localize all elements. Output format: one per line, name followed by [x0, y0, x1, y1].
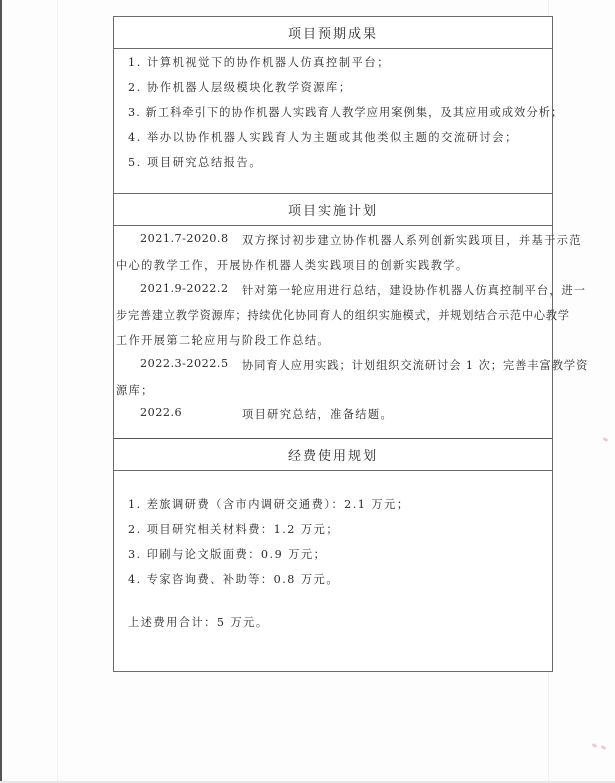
stamp-residue-mark [601, 745, 607, 750]
budget-item: 3. 印刷与论文版面费：0.9 万元； [128, 546, 326, 562]
plan-section-body: 2021.7-2020.8 双方探讨初步建立协作机器人系列创新实践项目，并基于示… [114, 226, 552, 438]
outcome-item: 2. 协作机器人层级模块化教学资源库； [128, 79, 352, 95]
plan-text: 协同育人应用实践；计划组织交流研讨会 1 次；完善丰富教学资 [242, 357, 588, 373]
outcome-item: 3. 新工科牵引下的协作机器人实践育人教学应用案例集，及其应用或成效分析； [128, 104, 563, 120]
budget-item: 2. 项目研究相关材料费：1.2 万元； [128, 521, 339, 537]
plan-date: 2022.3-2022.5 [140, 357, 229, 370]
stamp-residue-mark [592, 743, 598, 748]
outcome-item: 1. 计算机视觉下的协作机器人仿真控制平台； [128, 54, 390, 70]
plan-date: 2022.6 [140, 406, 182, 419]
budget-item: 1. 差旅调研费（含市内调研交通费）：2.1 万元； [128, 496, 410, 512]
plan-text: 源库； [116, 382, 154, 398]
stamp-residue-mark [603, 437, 609, 442]
budget-section-body: 1. 差旅调研费（含市内调研交通费）：2.1 万元； 2. 项目研究相关材料费：… [114, 471, 552, 671]
budget-total: 上述费用合计：5 万元。 [128, 614, 269, 630]
plan-section-title: 项目实施计划 [114, 194, 552, 226]
plan-date: 2021.9-2022.2 [140, 282, 229, 295]
plan-text: 双方探讨初步建立协作机器人系列创新实践项目，并基于示范 [242, 232, 582, 248]
plan-date: 2021.7-2020.8 [140, 232, 229, 245]
plan-text: 中心的教学工作，开展协作机器人类实践项目的创新实践教学。 [116, 257, 468, 273]
outcome-item: 4. 举办以协作机器人实践育人为主题或其他类似主题的交流研讨会； [128, 129, 518, 145]
budget-section-title: 经费使用规划 [114, 439, 552, 471]
budget-item: 4. 专家咨询费、补助等：0.8 万元。 [128, 571, 339, 587]
outcomes-section-body: 1. 计算机视觉下的协作机器人仿真控制平台； 2. 协作机器人层级模块化教学资源… [114, 49, 552, 194]
plan-text: 步完善建立教学资源库；持续优化协同育人的组织实施模式，并规划结合示范中心教学 [116, 307, 570, 323]
plan-text: 工作开展第二轮应用与阶段工作总结。 [116, 332, 330, 348]
outcome-item: 5. 项目研究总结报告。 [128, 154, 262, 170]
page-scan-edge [0, 0, 2, 783]
plan-text: 项目研究总结，准备结题。 [242, 406, 393, 422]
plan-text: 针对第一轮应用进行总结，建设协作机器人仿真控制平台，进一 [242, 282, 586, 298]
outcomes-section-title: 项目预期成果 [114, 17, 552, 49]
project-form-table: 项目预期成果 1. 计算机视觉下的协作机器人仿真控制平台； 2. 协作机器人层级… [113, 16, 553, 672]
scan-bleed-line [57, 0, 58, 783]
